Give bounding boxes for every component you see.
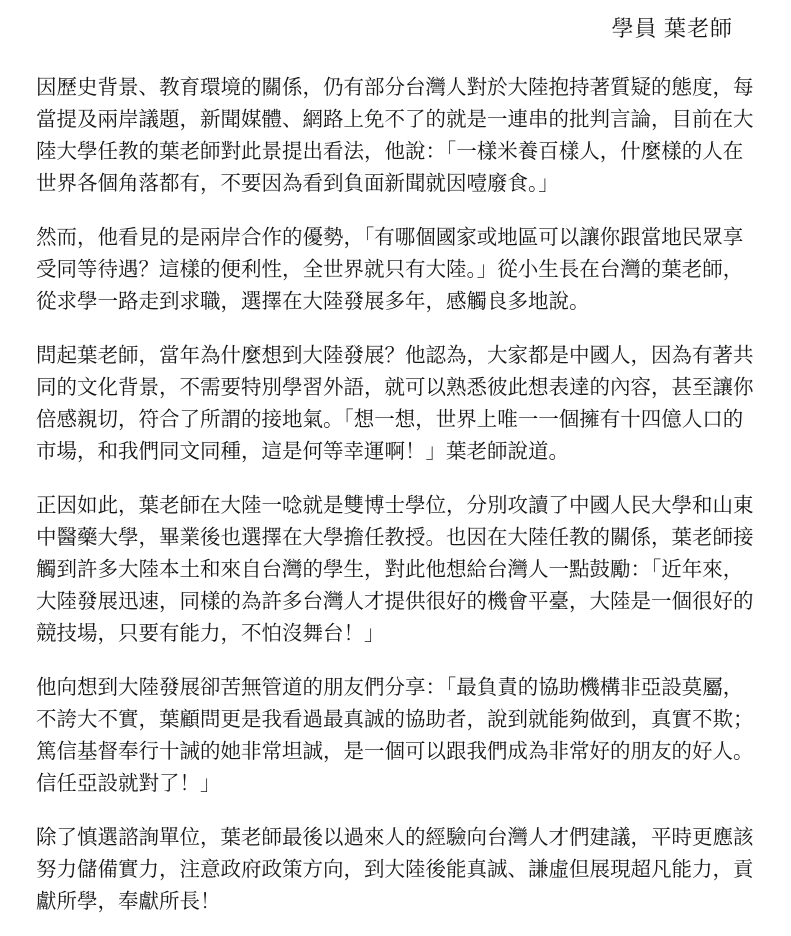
paragraph-4: 正因如此，葉老師在大陸一唸就是雙博士學位，分別攻讀了中國人民大學和山東 中醫藥大… [36,490,758,650]
paragraph-3: 問起葉老師，當年為什麼想到大陸發展？他認為，大家都是中國人，因為有著共 同的文化… [36,340,758,468]
article-body: 因歷史背景、教育環境的關係，仍有部分台灣人對於大陸抱持著質疑的態度，每 當提及兩… [36,72,758,918]
paragraph-1: 因歷史背景、教育環境的關係，仍有部分台灣人對於大陸抱持著質疑的態度，每 當提及兩… [36,72,758,200]
paragraph-6: 除了慎選諮詢單位，葉老師最後以過來人的經驗向台灣人才們建議，平時更應該 努力儲備… [36,822,758,918]
paragraph-5: 他向想到大陸發展卻苦無管道的朋友們分享：「最負責的協助機構非亞設莫屬， 不誇大不… [36,672,758,800]
document-page: 學員 葉老師 因歷史背景、教育環境的關係，仍有部分台灣人對於大陸抱持著質疑的態度… [0,0,791,936]
paragraph-2: 然而，他看見的是兩岸合作的優勢，「有哪個國家或地區可以讓你跟當地民眾享 受同等待… [36,222,758,318]
byline: 學員 葉老師 [611,16,733,42]
